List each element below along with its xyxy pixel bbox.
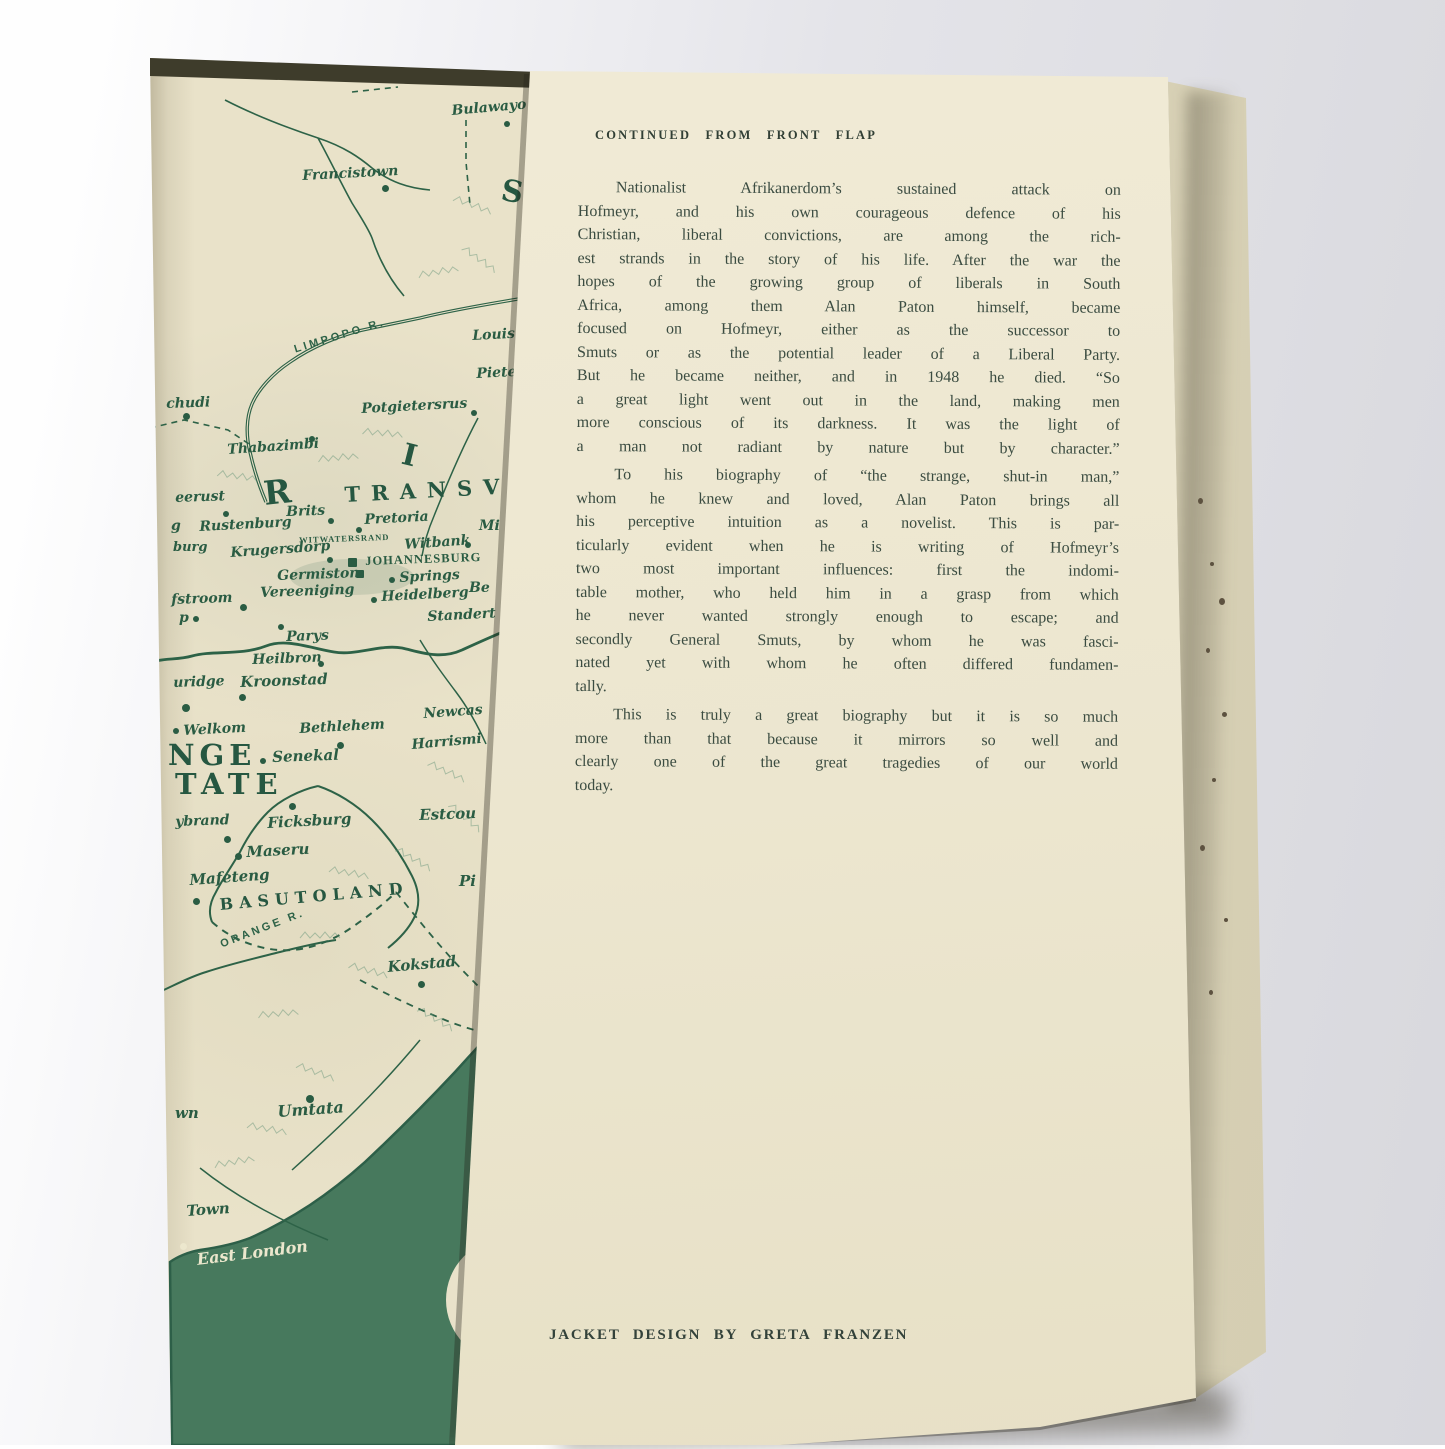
map-label: Senekal [272,748,339,765]
map-label: Town [186,1201,230,1219]
map-label: ybrand [175,813,230,829]
map-label: Maseru [246,842,310,860]
map-label: Estcou [419,806,476,823]
flap-header: CONTINUED FROM FRONT FLAP [595,128,877,143]
town-marker [318,661,324,667]
town-marker [348,558,357,567]
map-label: Pretoria [364,510,429,527]
paper-speck [1200,845,1205,851]
town-marker [418,981,425,988]
town-marker [389,577,395,583]
map-label: TATE [175,770,284,799]
map-label: Parys [286,629,329,644]
map-label: Louis [472,327,515,343]
paper-speck [1222,712,1227,717]
town-marker [504,121,510,127]
town-marker [356,527,362,533]
town-marker [309,436,315,442]
map-label: Germiston [277,566,360,583]
town-marker [239,694,246,701]
flap-paragraph: To his biography of “the strange, shut-i… [575,463,1119,701]
map-label: Vereeniging [260,583,355,600]
map-label: Ficksburg [267,812,352,831]
flap-body-text: Nationalist Afrikanerdom’s sustained att… [575,176,1121,805]
town-marker [260,758,266,764]
map-label: chudi [166,395,210,411]
town-marker [465,542,471,548]
paper-speck [1212,778,1216,782]
map-label: Welkom [183,721,246,738]
map-label: uridge [173,674,225,690]
town-marker [337,742,344,749]
paper-speck [1198,498,1203,504]
map-label: Mi [479,519,500,533]
town-marker [180,1243,187,1250]
town-marker [224,836,231,843]
town-marker [193,898,200,905]
flap-paragraph: Nationalist Afrikanerdom’s sustained att… [577,176,1121,461]
map-label: eerust [175,489,225,505]
paper-speck [1210,562,1214,566]
map-label: fstroom [171,591,233,607]
town-marker [240,604,247,611]
paper-speck [1219,598,1225,605]
jacket-design-credit: JACKET DESIGN BY GRETA FRANZEN [549,1327,908,1344]
map-label: Pi [459,874,476,889]
map-label: Standert [427,606,496,624]
paper-speck [1209,990,1213,995]
map-label: wn [175,1106,199,1121]
town-marker [356,570,364,578]
town-marker [235,853,242,860]
town-marker [173,728,179,734]
town-marker [289,803,296,810]
map-label: Brits [286,504,325,519]
town-marker [306,1095,314,1103]
town-marker [471,410,477,416]
town-marker [382,185,389,192]
town-marker [193,616,199,622]
flap-paragraph: This is truly a great biography but it i… [575,703,1118,800]
map-label: Heilbron [252,651,322,667]
map-label: Newcas [423,703,483,721]
paper-speck [1224,918,1228,922]
map-label: NGE [168,741,256,770]
town-marker [183,413,190,420]
paper-speck [1206,648,1210,653]
town-marker [223,511,229,517]
map-label: Kroonstad [240,672,328,690]
map-label: Be [469,581,490,595]
town-marker [371,597,377,603]
town-marker [278,624,284,630]
town-marker [327,557,333,563]
town-marker [182,704,190,712]
map-label: g [171,519,181,533]
town-marker [328,518,334,524]
map-label: Springs [399,568,460,585]
map-label: burg [173,541,207,554]
map-label: p [179,611,189,625]
